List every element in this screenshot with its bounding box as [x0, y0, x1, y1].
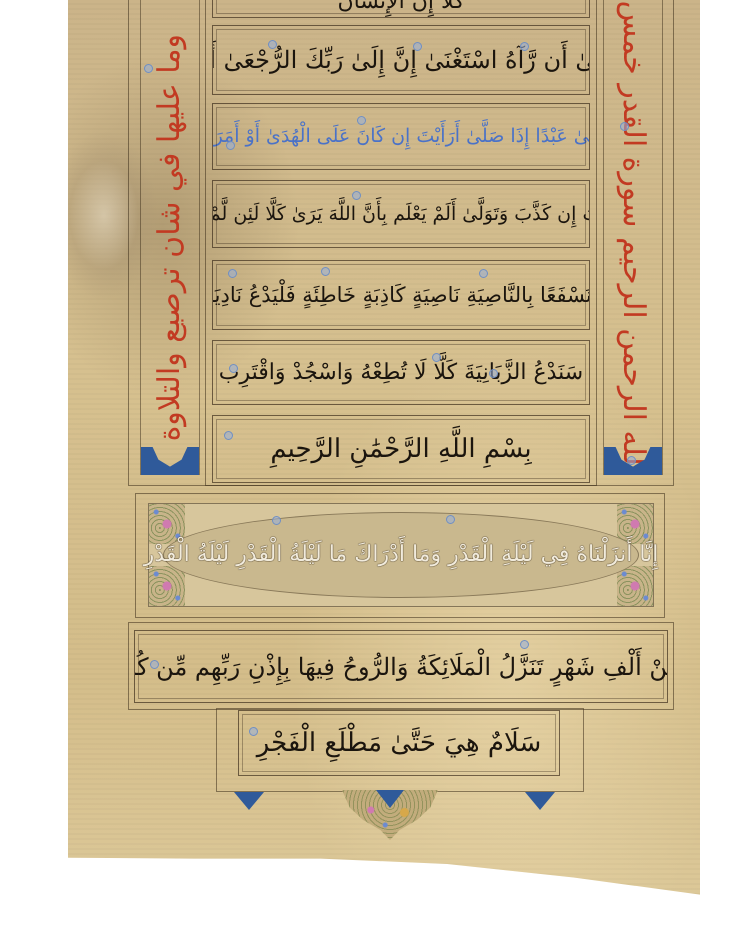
text-panel-row-0: كَلَّا إِنَّ الْإِنسَانَ	[212, 0, 590, 18]
verse-rosette-icon	[229, 364, 238, 373]
verse-rosette-icon	[228, 269, 237, 278]
text-panel-wide: خَيْرٌ مِّنْ أَلْفِ شَهْرٍ تَنَزَّلُ الْ…	[134, 630, 668, 703]
verse-line: سَلَامٌ هِيَ حَتَّىٰ مَطْلَعِ الْفَجْرِ	[257, 730, 542, 756]
right-margin-column: بسم الله الرحمن الرحيم سورة القدر خمس آي…	[603, 0, 663, 475]
text-panel-row-5: سَنَدْعُ الزَّبَانِيَةَ كَلَّا لَا تُطِع…	[212, 340, 590, 405]
basmala-line: بِسْمِ اللَّهِ الرَّحْمَٰنِ الرَّحِيمِ	[270, 436, 531, 462]
verse-rosette-icon	[520, 42, 529, 51]
verse-rosette-icon	[479, 269, 488, 278]
text-panel-row-3: أَرَأَيْتَ إِن كَذَّبَ وَتَوَلَّىٰ أَلَم…	[212, 180, 590, 248]
verse-rosette-icon	[446, 515, 455, 524]
cartouche-verse: إِنَّا أَنزَلْنَاهُ فِي لَيْلَةِ الْقَدْ…	[144, 544, 659, 566]
verse-line: لَنَسْفَعًا بِالنَّاصِيَةِ نَاصِيَةٍ كَا…	[212, 285, 590, 306]
verse-line: سَنَدْعُ الزَّبَانِيَةَ كَلَّا لَا تُطِع…	[219, 362, 583, 384]
text-panel-final: سَلَامٌ هِيَ حَتَّىٰ مَطْلَعِ الْفَجْرِ	[238, 710, 560, 776]
left-margin-text: وما عليها في شان ترصيع والتلاوة	[155, 34, 185, 441]
illuminated-cartouche: إِنَّا أَنزَلْنَاهُ فِي لَيْلَةِ الْقَدْ…	[148, 503, 654, 607]
floral-spandrel-top-right	[617, 504, 653, 544]
verse-rosette-icon	[150, 660, 159, 669]
verse-line: كَلَّا إِنَّ الْإِنسَانَ	[337, 0, 464, 13]
verse-rosette-icon	[520, 640, 529, 649]
verse-rosette-icon	[249, 727, 258, 736]
verse-line: أَرَأَيْتَ إِن كَذَّبَ وَتَوَلَّىٰ أَلَم…	[212, 205, 590, 224]
text-panel-basmala: بِسْمِ اللَّهِ الرَّحْمَٰنِ الرَّحِيمِ	[212, 415, 590, 483]
verse-rosette-icon	[144, 64, 153, 73]
verse-rosette-icon	[272, 516, 281, 525]
verse-rosette-icon	[489, 369, 498, 378]
text-panel-row-4: لَنَسْفَعًا بِالنَّاصِيَةِ نَاصِيَةٍ كَا…	[212, 260, 590, 330]
verse-rosette-icon	[268, 40, 277, 49]
verse-line: لَيَطْغَىٰ أَن رَّآهُ اسْتَغْنَىٰ إِنَّ …	[212, 48, 590, 72]
verse-rosette-icon	[357, 116, 366, 125]
verse-rosette-icon	[413, 42, 422, 51]
text-panel-row-1: لَيَطْغَىٰ أَن رَّآهُ اسْتَغْنَىٰ إِنَّ …	[212, 25, 590, 95]
verse-rosette-icon	[321, 267, 330, 276]
right-margin-text: بسم الله الرحمن الرحيم سورة القدر خمس آي…	[618, 0, 648, 475]
floral-spandrel-bottom-left	[149, 566, 185, 606]
verse-rosette-icon	[627, 456, 636, 465]
text-panel-row-2: الَّذِي يَنْهَىٰ عَبْدًا إِذَا صَلَّىٰ أ…	[212, 103, 590, 170]
verse-rosette-icon	[224, 431, 233, 440]
verse-rosette-icon	[352, 191, 361, 200]
verse-line-blue: الَّذِي يَنْهَىٰ عَبْدًا إِذَا صَلَّىٰ أ…	[212, 127, 590, 146]
floral-spandrel-bottom-right	[617, 566, 653, 606]
cartouche-medallion: إِنَّا أَنزَلْنَاهُ فِي لَيْلَةِ الْقَدْ…	[163, 512, 639, 598]
verse-rosette-icon	[432, 353, 441, 362]
verse-rosette-icon	[226, 141, 235, 150]
verse-rosette-icon	[620, 122, 629, 131]
verse-line: خَيْرٌ مِّنْ أَلْفِ شَهْرٍ تَنَزَّلُ الْ…	[134, 655, 668, 679]
